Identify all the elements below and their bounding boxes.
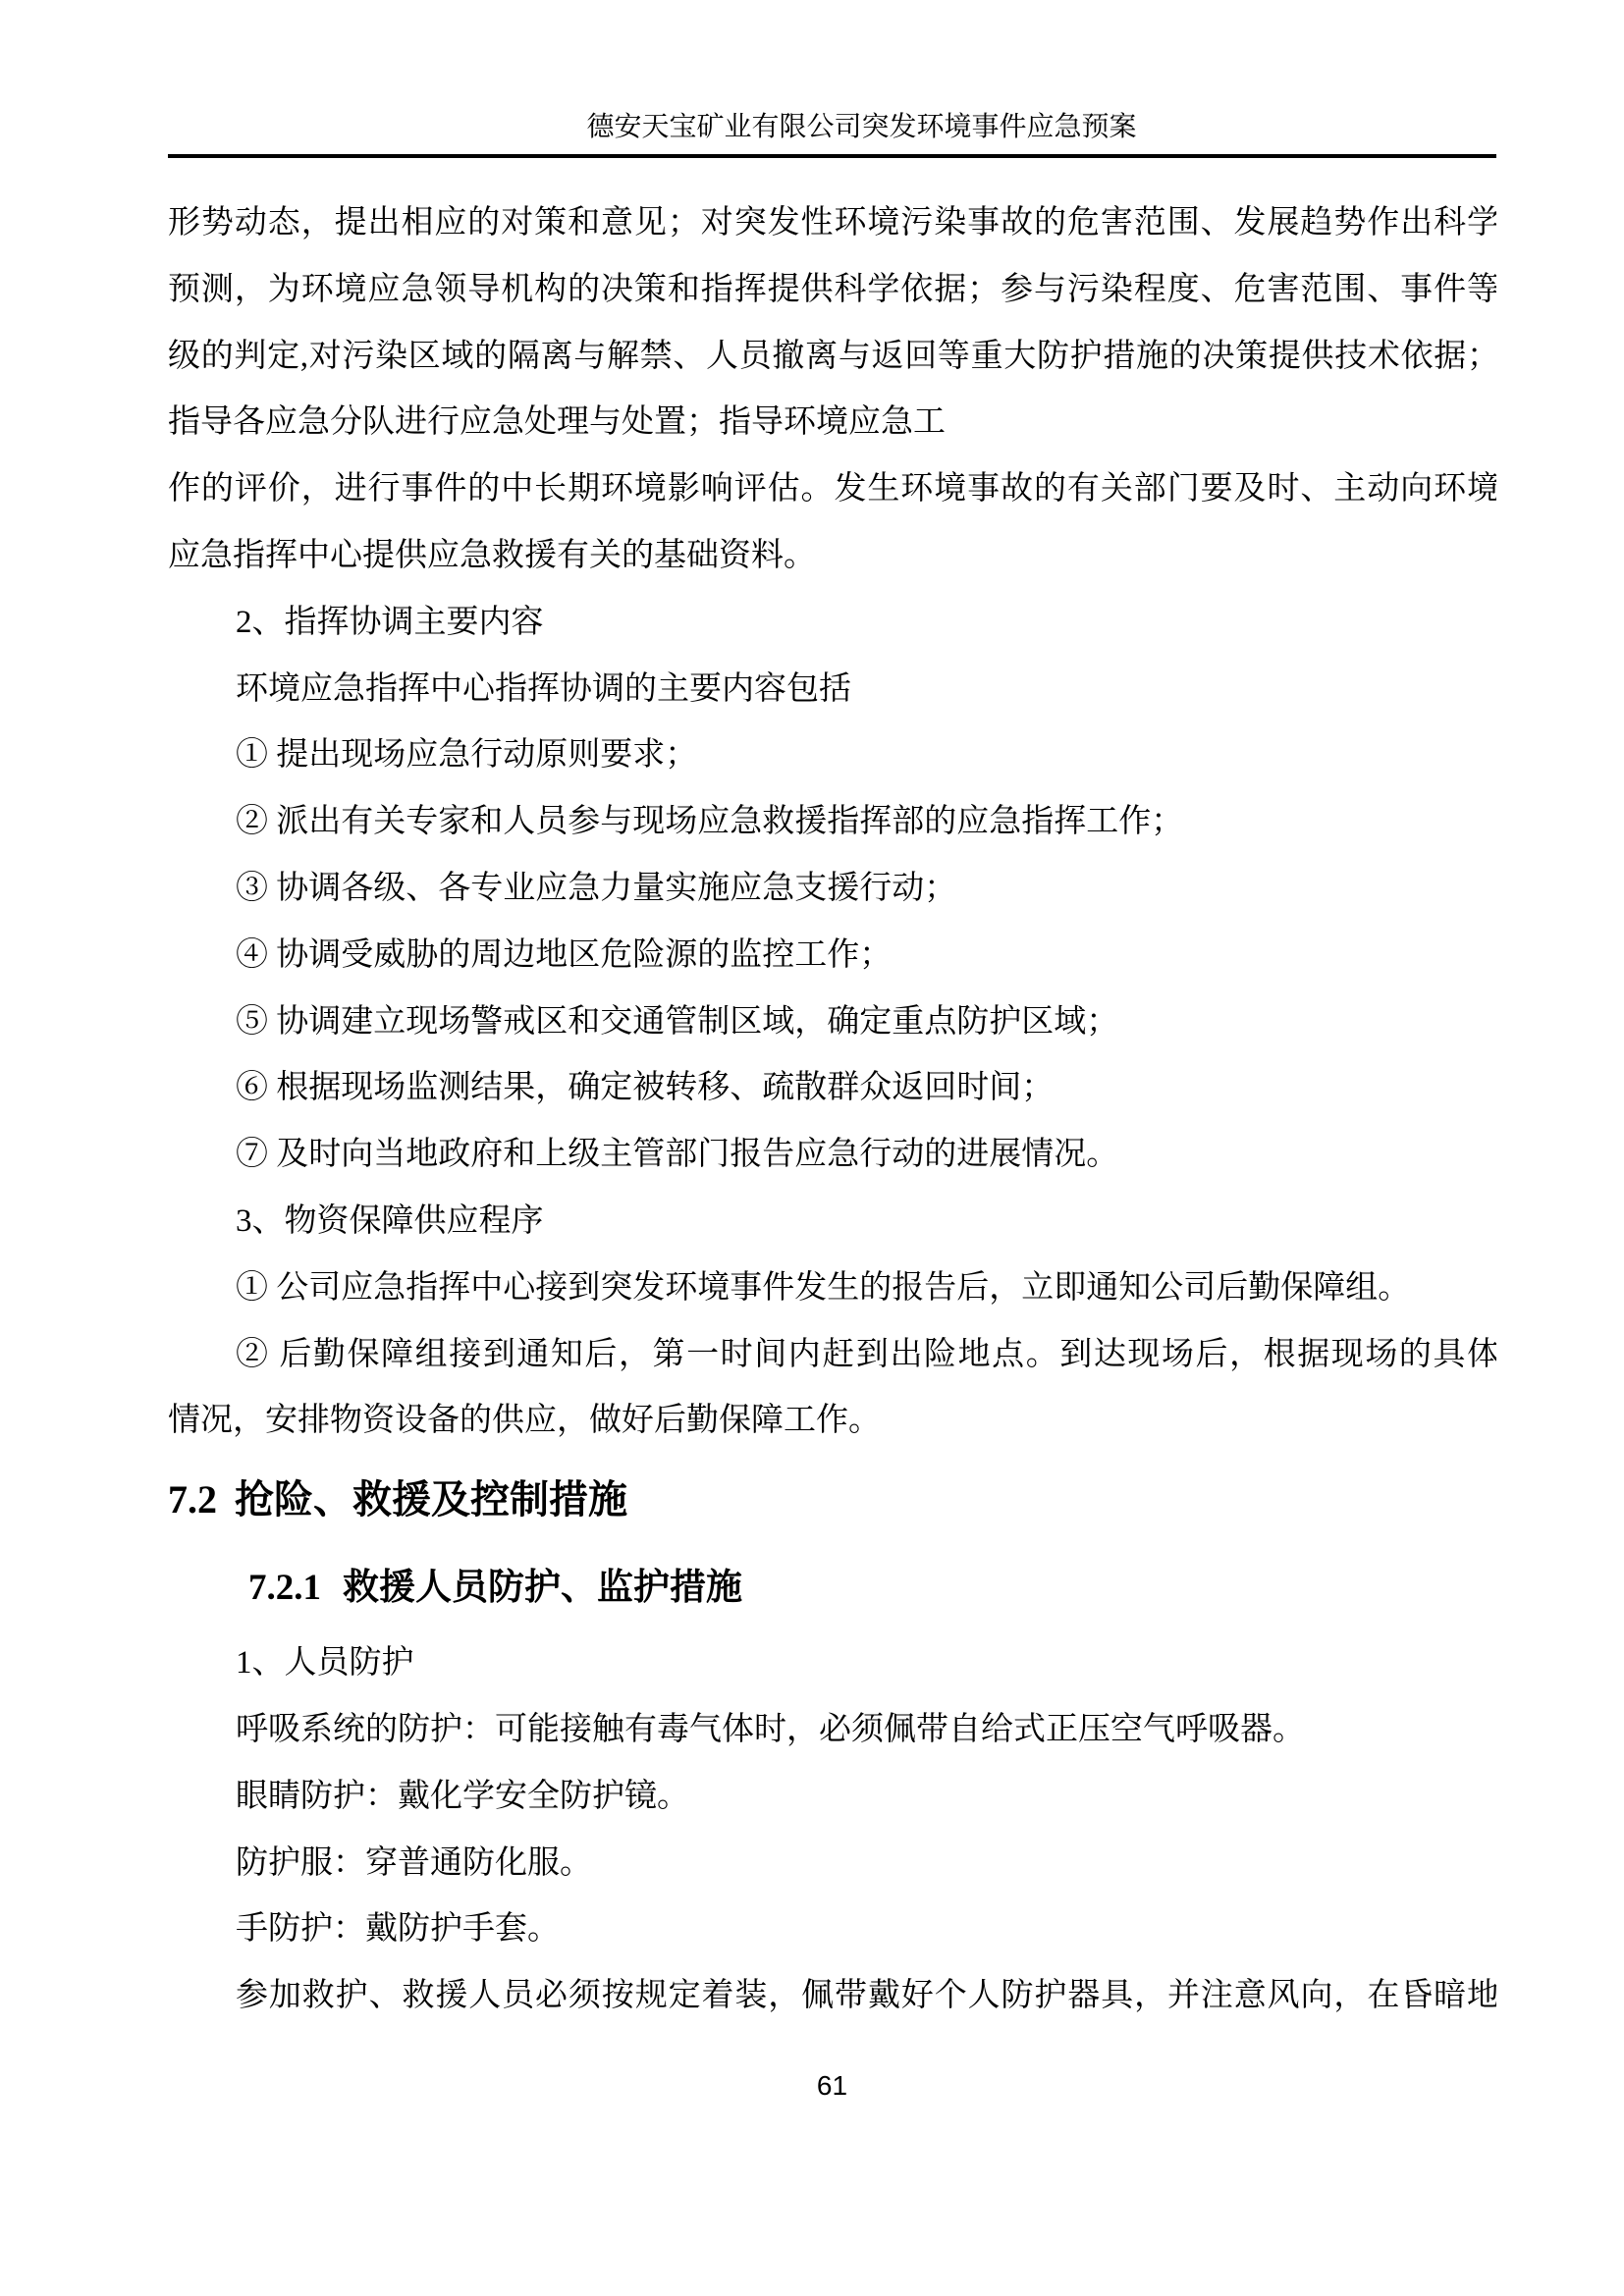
section-heading: 7.2抢险、救援及控制措施 (168, 1466, 1496, 1534)
body-line: 预测，为环境应急领导机构的决策和指挥提供科学依据；参与污染程度、危害范围、事件等 (168, 257, 1496, 324)
body-line: ② 后勤保障组接到通知后，第一时间内赶到出险地点。到达现场后，根据现场的具体 (168, 1322, 1496, 1389)
body-line: 参加救护、救援人员必须按规定着装，佩带戴好个人防护器具，并注意风向，在昏暗地 (168, 1963, 1496, 2030)
body-line: ⑤ 协调建立现场警戒区和交通管制区域，确定重点防护区域； (168, 989, 1496, 1056)
body-line: ③ 协调各级、各专业应急力量实施应急支援行动； (168, 856, 1496, 923)
body-line: 情况，安排物资设备的供应，做好后勤保障工作。 (168, 1388, 1496, 1455)
body-line: 防护服：穿普通防化服。 (168, 1831, 1496, 1897)
body-line: 3、物资保障供应程序 (168, 1189, 1496, 1255)
page-number: 61 (817, 2070, 847, 2101)
body-line: 应急指挥中心提供应急救援有关的基础资料。 (168, 523, 1496, 590)
section-number: 7.2 (168, 1477, 217, 1522)
document-body: 形势动态，提出相应的对策和意见；对突发性环境污染事故的危害范围、发展趋势作出科学… (168, 0, 1496, 2030)
body-line: 2、指挥协调主要内容 (168, 590, 1496, 657)
body-line: 手防护：戴防护手套。 (168, 1896, 1496, 1963)
body-line: ⑥ 根据现场监测结果，确定被转移、疏散群众返回时间； (168, 1055, 1496, 1122)
body-line: 眼睛防护：戴化学安全防护镜。 (168, 1764, 1496, 1831)
body-line: 1、人员防护 (168, 1630, 1496, 1697)
document-page: 德安天宝矿业有限公司突发环境事件应急预案 形势动态，提出相应的对策和意见；对突发… (0, 0, 1624, 2296)
page-footer: 61 (168, 2067, 1496, 2105)
section-title: 救援人员防护、监护措施 (343, 1568, 742, 1608)
body-lines: 形势动态，提出相应的对策和意见；对突发性环境污染事故的危害范围、发展趋势作出科学… (168, 190, 1496, 2030)
body-line: 环境应急指挥中心指挥协调的主要内容包括 (168, 657, 1496, 723)
body-line: 指导各应急分队进行应急处理与处置；指导环境应急工 (168, 390, 1496, 456)
body-line: ② 派出有关专家和人员参与现场应急救援指挥部的应急指挥工作； (168, 789, 1496, 856)
body-line: ④ 协调受威胁的周边地区危险源的监控工作； (168, 923, 1496, 989)
section-heading: 7.2.1救援人员防护、监护措施 (168, 1554, 1496, 1623)
body-line: 呼吸系统的防护：可能接触有毒气体时，必须佩带自给式正压空气呼吸器。 (168, 1697, 1496, 1764)
body-line: ① 提出现场应急行动原则要求； (168, 722, 1496, 789)
body-line: 级的判定,对污染区域的隔离与解禁、人员撤离与返回等重大防护措施的决策提供技术依据… (168, 324, 1496, 391)
section-number: 7.2.1 (248, 1568, 321, 1608)
body-line: ⑦ 及时向当地政府和上级主管部门报告应急行动的进展情况。 (168, 1122, 1496, 1189)
body-line: 形势动态，提出相应的对策和意见；对突发性环境污染事故的危害范围、发展趋势作出科学 (168, 190, 1496, 257)
body-line: 作的评价，进行事件的中长期环境影响评估。发生环境事故的有关部门要及时、主动向环境 (168, 456, 1496, 523)
body-line: ① 公司应急指挥中心接到突发环境事件发生的报告后，立即通知公司后勤保障组。 (168, 1255, 1496, 1322)
section-title: 抢险、救援及控制措施 (235, 1477, 627, 1522)
